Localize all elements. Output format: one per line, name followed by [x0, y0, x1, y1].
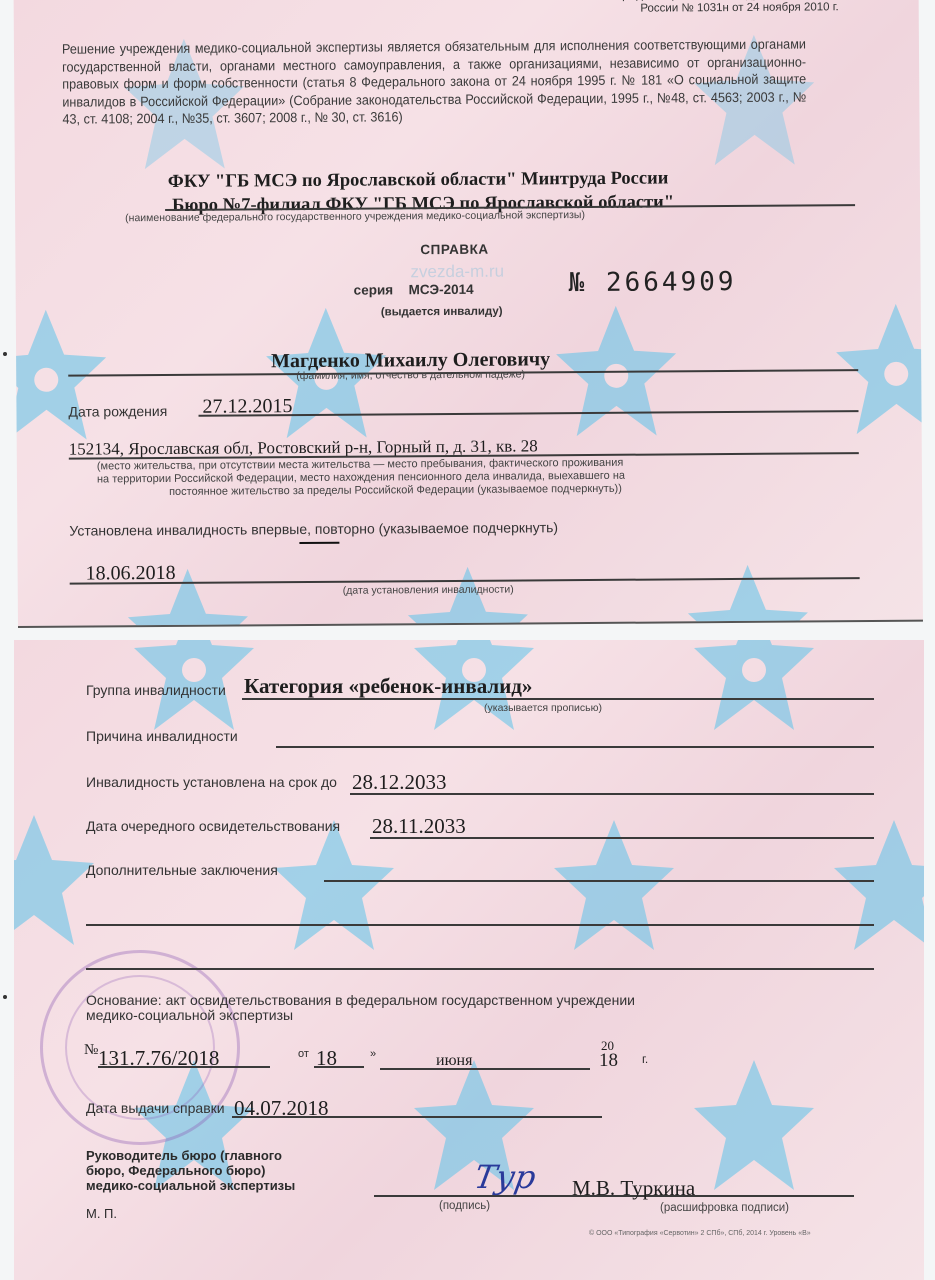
group-underline	[242, 698, 874, 700]
disability-established-text: Установлена инвалидность впервые, повтор…	[69, 519, 558, 538]
address-caption-3: постоянное жительство за пределы Российс…	[169, 483, 622, 498]
watermark-star-icon	[554, 820, 674, 950]
watermark-star-icon	[834, 820, 924, 950]
issue-date-label: Дата выдачи справки	[86, 1100, 225, 1116]
issued-to-note: (выдается инвалиду)	[381, 306, 503, 319]
additional-underline-1	[324, 880, 874, 882]
signatory-name-caption: (расшифровка подписи)	[660, 1202, 789, 1214]
site-watermark-text: zvezda-m.ru	[410, 262, 504, 283]
watermark-star-icon	[14, 815, 94, 945]
next-exam-underline	[370, 837, 874, 839]
institution-caption: (наименование федерального государственн…	[125, 209, 585, 224]
legal-intro-text: Решение учреждения медико-социальной экс…	[62, 35, 807, 128]
additional-underline-3	[86, 968, 874, 970]
group-value: Категория «ребенок-инвалид»	[244, 674, 532, 699]
issue-date-underline	[232, 1116, 602, 1118]
additional-underline-2	[86, 924, 874, 926]
seal-label: М. П.	[86, 1206, 117, 1221]
signatory-title-3: медико-социальной экспертизы	[86, 1178, 295, 1193]
watermark-star-icon	[274, 820, 394, 950]
punch-dot	[3, 352, 7, 356]
act-quote: »	[370, 1048, 376, 1060]
term-value: 28.12.2033	[352, 770, 447, 795]
signatory-title-2: бюро, Федерального бюро)	[86, 1163, 265, 1178]
watermark-star-icon	[688, 564, 809, 628]
act-from-label: от	[298, 1048, 309, 1060]
next-exam-label: Дата очередного освидетельствования	[86, 818, 340, 834]
printer-note: © ООО «Типография «Сервотин» 2 СПб», СПб…	[589, 1230, 811, 1237]
birth-date-underline	[199, 410, 859, 416]
handwritten-signature: Тур	[472, 1158, 539, 1196]
term-label: Инвалидность установлена на срок до	[86, 774, 337, 790]
certificate-bottom-page: Группа инвалидности Категория «ребенок-и…	[14, 640, 924, 1280]
punch-dot	[3, 995, 7, 999]
watermark-star-icon	[694, 640, 814, 730]
group-label: Группа инвалидности	[86, 682, 226, 698]
act-year-suffix: 18	[599, 1050, 618, 1072]
series-label: серия	[354, 282, 394, 297]
approval-note-line2: России № 1031н от 24 ноября 2010 г.	[640, 1, 838, 15]
act-year-unit: г.	[642, 1052, 648, 1066]
institution-line1: ФКУ "ГБ МСЭ по Ярославской области" Минт…	[168, 168, 669, 192]
certificate-top-page: Утверждена приказом Минздравсоцразвития …	[14, 0, 923, 628]
act-number-underline	[98, 1066, 270, 1068]
cause-label: Причина инвалидности	[86, 728, 238, 744]
basis-text-2: медико-социальной экспертизы	[86, 1007, 293, 1023]
additional-conclusions-label: Дополнительные заключения	[86, 862, 278, 878]
watermark-star-icon	[408, 566, 529, 628]
act-month-underline	[380, 1068, 590, 1070]
next-exam-value: 28.11.2033	[372, 814, 466, 839]
act-number-prefix: №	[84, 1042, 98, 1059]
name-caption: (фамилия, имя, отчество в дательном паде…	[296, 368, 525, 382]
term-underline	[350, 793, 874, 795]
signatory-name: М.В. Туркина	[572, 1176, 695, 1201]
certificate-number: № 2664909	[569, 267, 737, 298]
certificate-title: СПРАВКА	[420, 242, 488, 257]
watermark-star-icon	[694, 1060, 814, 1190]
signature-caption: (подпись)	[439, 1200, 490, 1212]
cause-underline	[276, 746, 874, 748]
date-established-caption: (дата установления инвалидности)	[343, 584, 514, 597]
signatory-title-1: Руководитель бюро (главного	[86, 1148, 282, 1163]
group-caption: (указывается прописью)	[484, 702, 602, 714]
first-time-underline	[299, 542, 339, 544]
series-value: МСЭ-2014	[409, 282, 474, 297]
act-day-underline	[314, 1066, 364, 1068]
basis-text-1: Основание: акт освидетельствования в фед…	[86, 992, 635, 1008]
birth-date-label: Дата рождения	[68, 403, 167, 420]
